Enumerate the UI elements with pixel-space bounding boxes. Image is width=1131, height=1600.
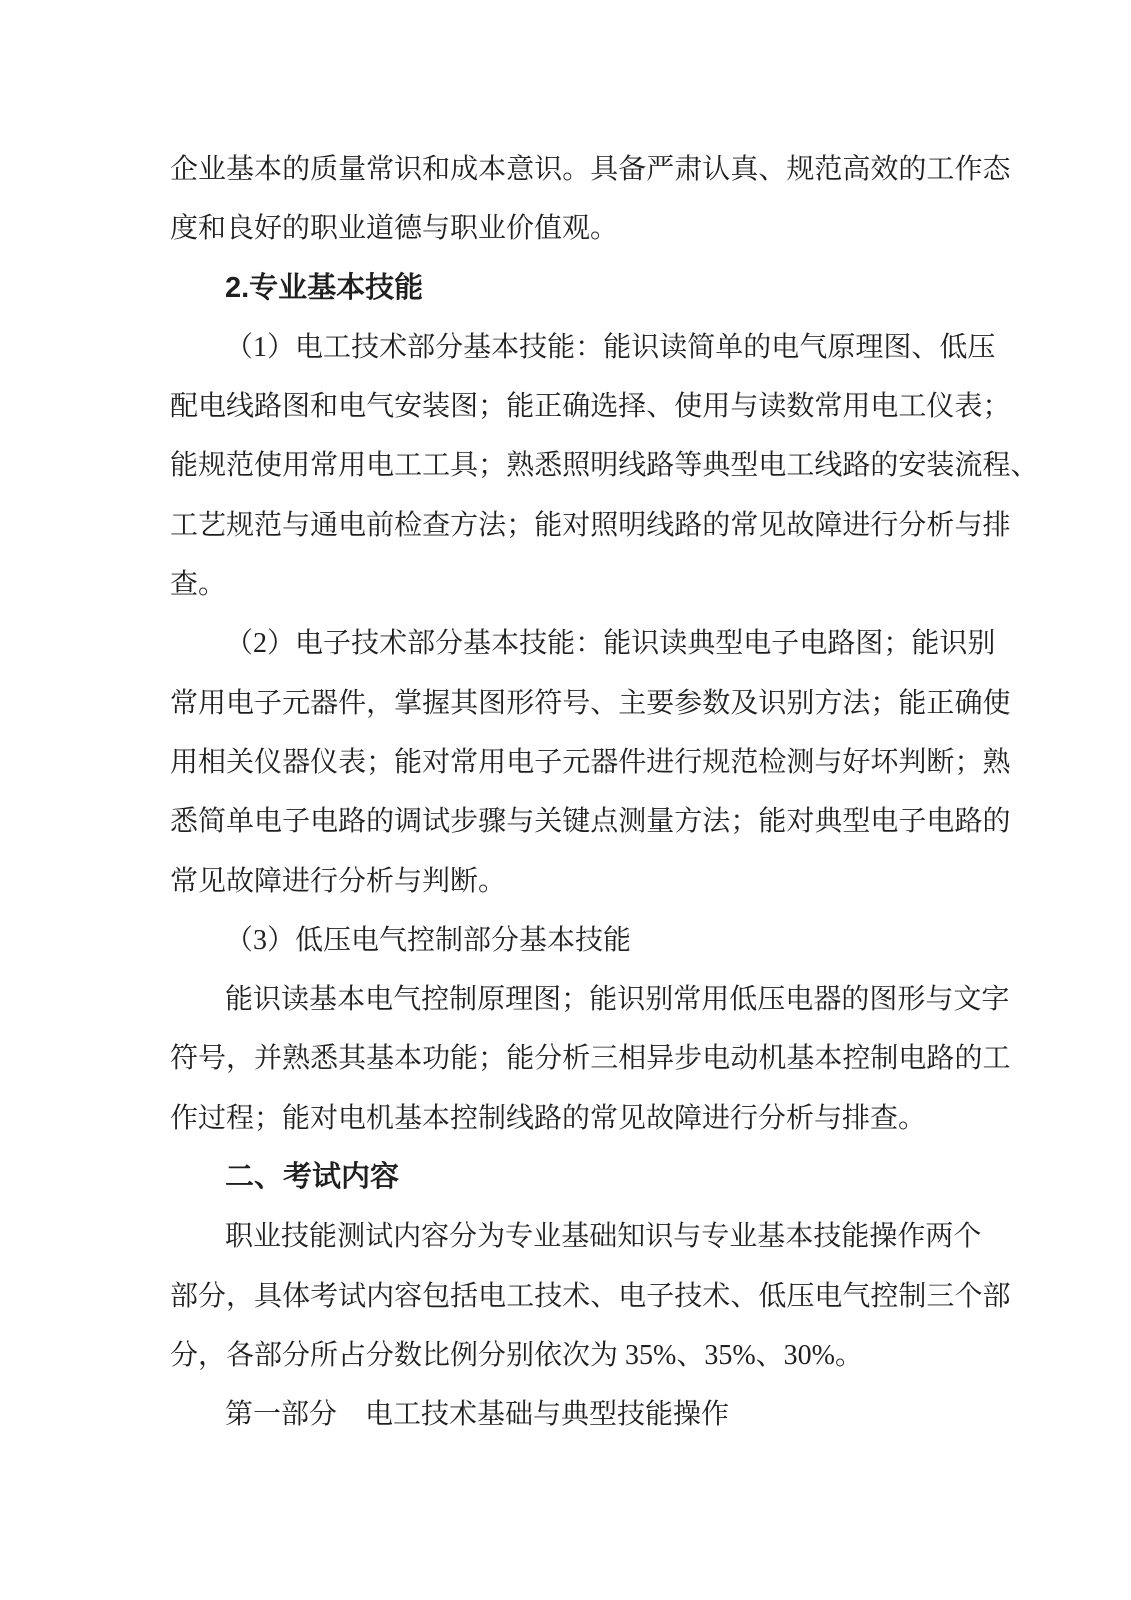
text-line: 第一部分 电工技术基础与典型技能操作 [170,1385,966,1444]
heading-line: 2.专业基本技能 [170,259,966,318]
text-line: 企业基本的质量常识和成本意识。具备严肃认真、规范高效的工作态 [170,140,966,199]
document-body: 企业基本的质量常识和成本意识。具备严肃认真、规范高效的工作态度和良好的职业道德与… [170,140,966,1445]
text-line: 符号，并熟悉其基本功能；能分析三相异步电动机基本控制电路的工 [170,1029,966,1088]
text-line: 查。 [170,555,966,614]
text-line: 分，各部分所占分数比例分别依次为 35%、35%、30%。 [170,1326,966,1385]
text-line: 常见故障进行分析与判断。 [170,852,966,911]
text-line: 配电线路图和电气安装图；能正确选择、使用与读数常用电工仪表； [170,377,966,436]
document-page: 企业基本的质量常识和成本意识。具备严肃认真、规范高效的工作态度和良好的职业道德与… [0,0,1131,1600]
text-line: 部分，具体考试内容包括电工技术、电子技术、低压电气控制三个部 [170,1267,966,1326]
text-line: 能规范使用常用电工工具；熟悉照明线路等典型电工线路的安装流程、 [170,436,966,495]
text-line: （1）电工技术部分基本技能：能识读简单的电气原理图、低压 [170,318,966,377]
text-line: 工艺规范与通电前检查方法；能对照明线路的常见故障进行分析与排 [170,496,966,555]
text-line: 能识读基本电气控制原理图；能识别常用低压电器的图形与文字 [170,970,966,1029]
text-line: （2）电子技术部分基本技能：能识读典型电子电路图；能识别 [170,614,966,673]
text-line: 用相关仪器仪表；能对常用电子元器件进行规范检测与好坏判断；熟 [170,733,966,792]
text-line: 常用电子元器件，掌握其图形符号、主要参数及识别方法；能正确使 [170,674,966,733]
text-line: 度和良好的职业道德与职业价值观。 [170,199,966,258]
text-line: （3）低压电气控制部分基本技能 [170,911,966,970]
text-line: 作过程；能对电机基本控制线路的常见故障进行分析与排查。 [170,1089,966,1148]
text-line: 悉简单电子电路的调试步骤与关键点测量方法；能对典型电子电路的 [170,792,966,851]
text-line: 职业技能测试内容分为专业基础知识与专业基本技能操作两个 [170,1207,966,1266]
heading-line: 二、考试内容 [170,1148,966,1207]
